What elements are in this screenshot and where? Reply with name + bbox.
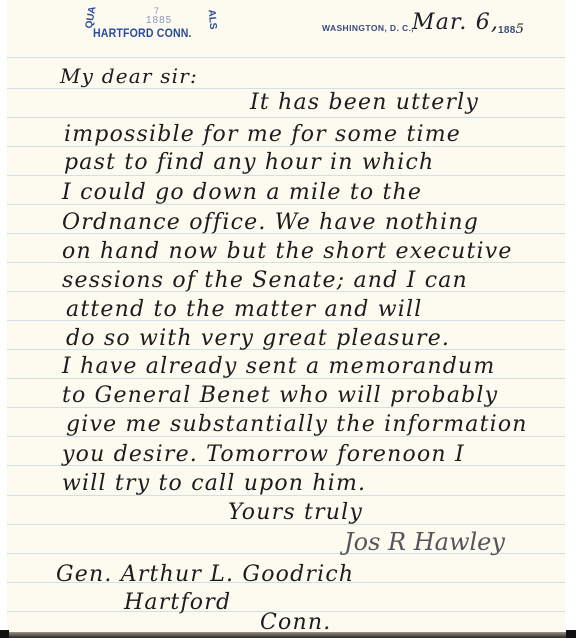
body-line: Ordnance office. We have nothing bbox=[62, 210, 479, 235]
body-line: I have already sent a memorandum bbox=[62, 354, 495, 379]
closing: Yours truly bbox=[228, 500, 363, 525]
letterhead-place: WASHINGTON, D. C., bbox=[322, 23, 414, 33]
body-line: It has been utterly bbox=[250, 90, 479, 115]
addressee-city: Hartford bbox=[124, 590, 231, 615]
date-year-handwritten: 5 bbox=[516, 22, 525, 37]
date-handwritten: Mar. 6, bbox=[412, 10, 499, 35]
salutation: My dear sir: bbox=[60, 64, 198, 88]
received-stamp: QUA 7 1885 HARTFORD CONN. ALS bbox=[84, 4, 234, 40]
body-line: give me substantially the information bbox=[66, 412, 528, 437]
stamp-arc-right: ALS bbox=[206, 9, 219, 30]
ruled-line bbox=[7, 88, 565, 89]
body-line: impossible for me for some time bbox=[64, 122, 461, 147]
ruled-line bbox=[7, 57, 565, 58]
scan-bottom-edge bbox=[0, 632, 576, 638]
ruled-line bbox=[7, 117, 565, 118]
addressee-name: Gen. Arthur L. Goodrich bbox=[56, 562, 354, 587]
body-line: past to find any hour in which bbox=[64, 150, 434, 175]
body-line: to General Benet who will probably bbox=[62, 383, 498, 408]
body-line: will try to call upon him. bbox=[62, 471, 366, 496]
signature: Jos R Hawley bbox=[344, 528, 505, 556]
date-year: 1885 bbox=[498, 22, 524, 37]
stamp-city: HARTFORD CONN. bbox=[93, 26, 192, 40]
body-line: you desire. Tomorrow forenoon I bbox=[62, 442, 465, 467]
body-line: do so with very great pleasure. bbox=[66, 326, 450, 351]
stamp-year: 1885 bbox=[146, 15, 172, 26]
body-line: attend to the matter and will bbox=[66, 297, 422, 322]
scan-corner-right bbox=[566, 630, 576, 638]
date-year-printed: 188 bbox=[498, 25, 516, 36]
body-line: on hand now but the short executive bbox=[62, 239, 513, 264]
scan-corner-left bbox=[0, 630, 9, 638]
ruled-line bbox=[7, 175, 565, 176]
body-line: I could go down a mile to the bbox=[62, 180, 422, 205]
body-line: sessions of the Senate; and I can bbox=[62, 268, 468, 293]
